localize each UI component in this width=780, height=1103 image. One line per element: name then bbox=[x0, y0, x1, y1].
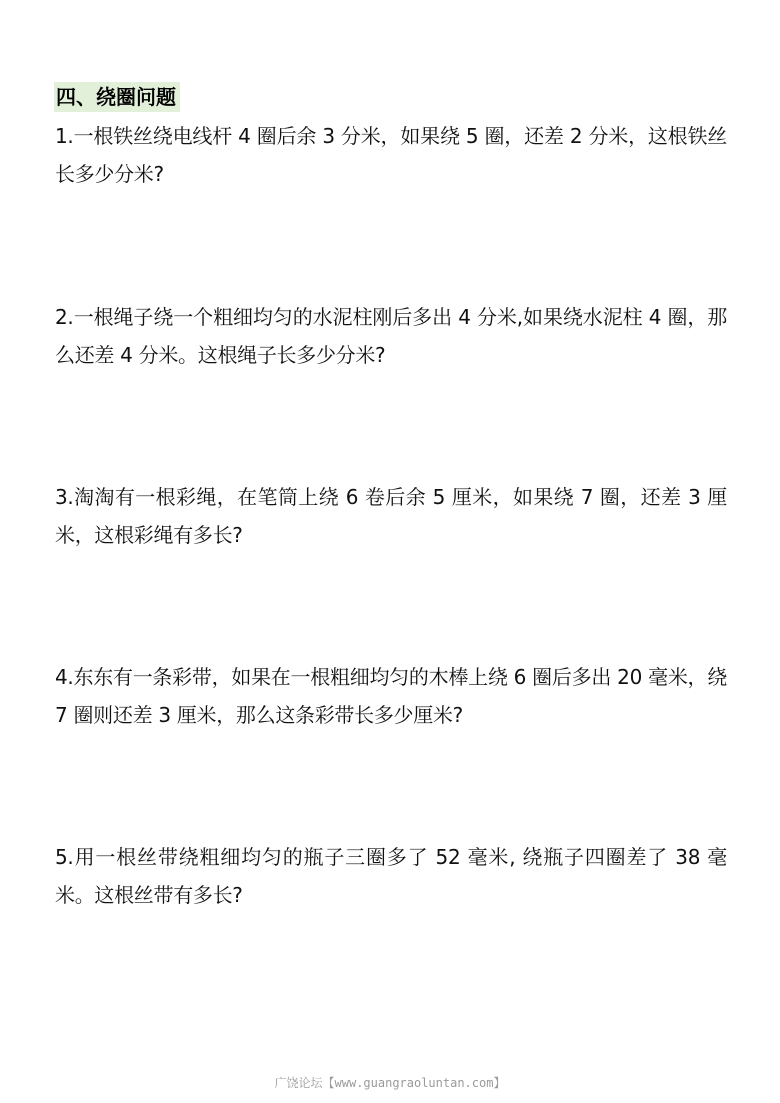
footer-watermark: 广饶论坛【www.guangraoluntan.com】 bbox=[0, 1074, 780, 1091]
question-4: 4.东东有一条彩带，如果在一根粗细均匀的木棒上绕 6 圈后多出 20 毫米，绕 … bbox=[55, 658, 727, 734]
section-heading: 四、绕圈问题 bbox=[54, 82, 180, 112]
document-page: 四、绕圈问题 1.一根铁丝绕电线杆 4 圈后余 3 分米，如果绕 5 圈，还差 … bbox=[0, 0, 780, 1103]
question-1: 1.一根铁丝绕电线杆 4 圈后余 3 分米，如果绕 5 圈，还差 2 分米，这根… bbox=[55, 117, 727, 193]
question-3: 3.淘淘有一根彩绳，在笔筒上绕 6 卷后余 5 厘米，如果绕 7 圈，还差 3 … bbox=[55, 478, 727, 554]
question-2: 2.一根绳子绕一个粗细均匀的水泥柱刚后多出 4 分米,如果绕水泥柱 4 圈，那么… bbox=[55, 298, 727, 374]
question-5: 5.用一根丝带绕粗细均匀的瓶子三圈多了 52 毫米, 绕瓶子四圈差了 38 毫米… bbox=[55, 838, 727, 914]
